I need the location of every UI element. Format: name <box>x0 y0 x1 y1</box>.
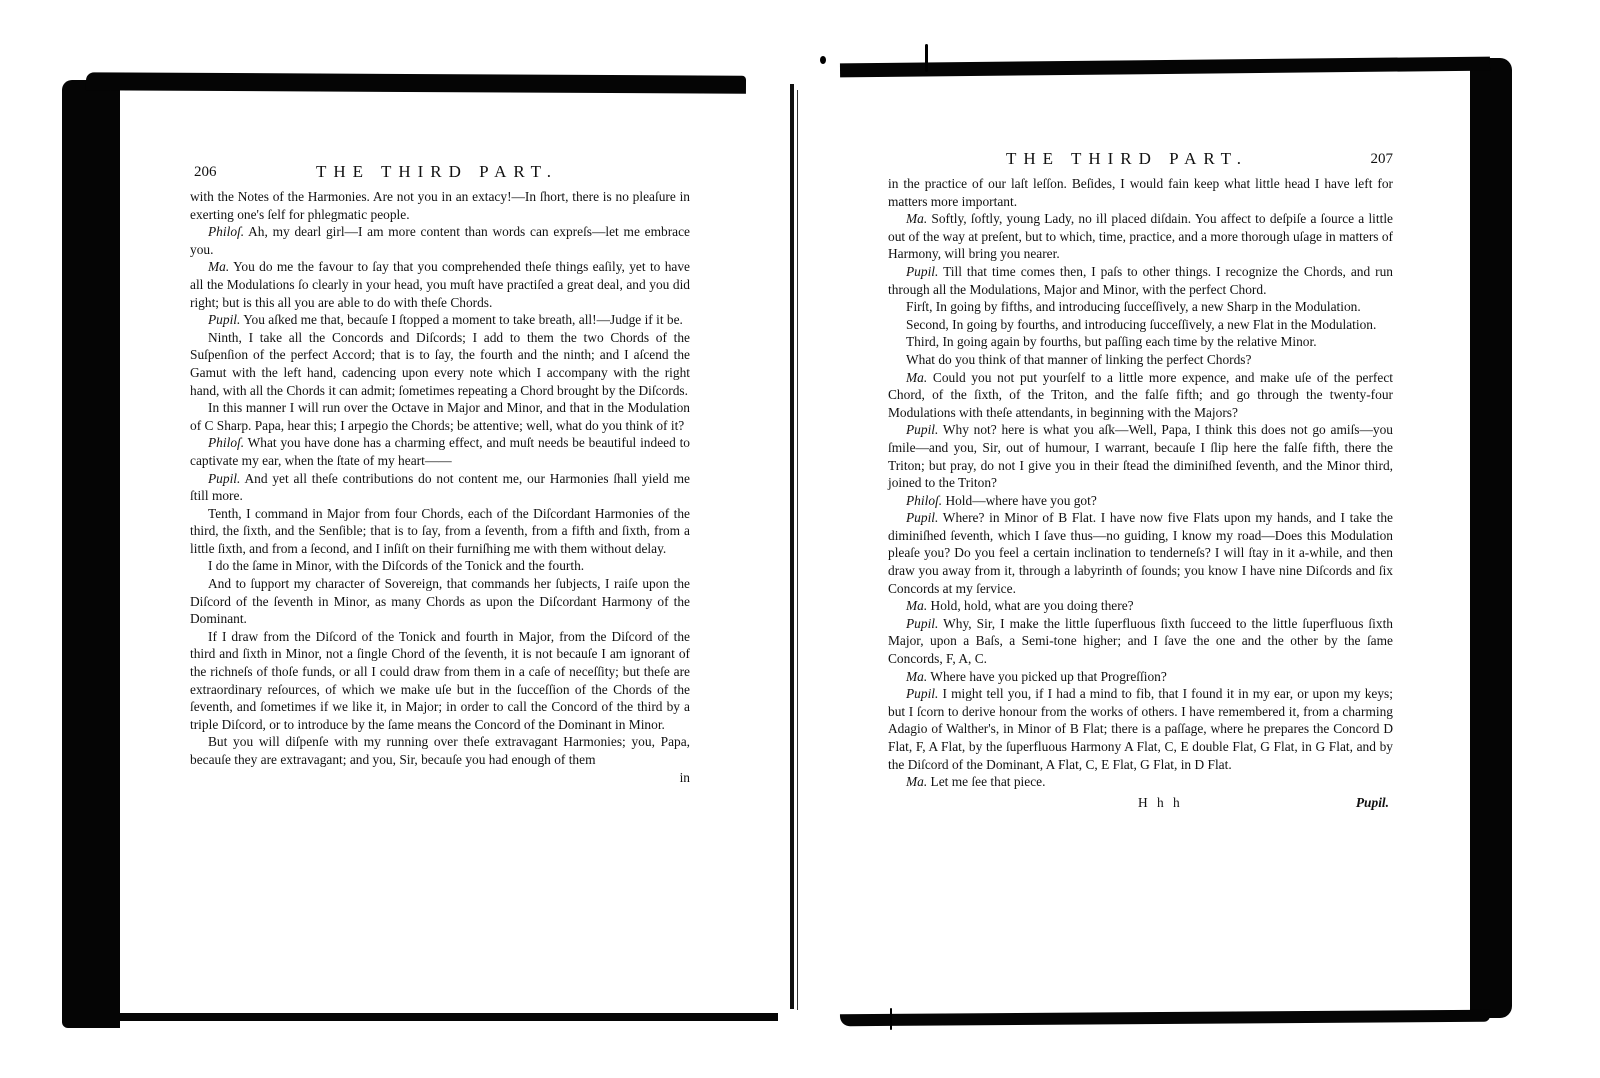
speaker-label: Ma. <box>906 370 927 385</box>
paragraph-text: If I draw from the Diſcord of the Tonick… <box>190 629 690 732</box>
right-page: THE THIRD PART. 207 in the practice of o… <box>888 145 1393 815</box>
paragraph: Pupil. Why not? here is what you aſk—Wel… <box>888 421 1393 491</box>
paragraph-text: You do me the favour to ſay that you com… <box>190 259 690 309</box>
speaker-label: Ma. <box>906 774 927 789</box>
paragraph-text: Tenth, I command in Major from four Chor… <box>190 506 690 556</box>
paragraph: Pupil. You aſked me that, becauſe I ſtop… <box>190 311 690 329</box>
paragraph-text: What you have done has a charming effect… <box>190 435 690 468</box>
speaker-label: Ma. <box>906 211 927 226</box>
signature-mark: H h h <box>1138 795 1183 811</box>
paragraph: Tenth, I command in Major from four Chor… <box>190 505 690 558</box>
speaker-label: Pupil. <box>208 471 240 486</box>
paragraph: What do you think of that manner of link… <box>888 351 1393 369</box>
book-gutter <box>790 84 794 1009</box>
page-body: with the Notes of the Harmonies. Are not… <box>190 188 690 769</box>
paragraph-text: Till that time comes then, I paſs to oth… <box>888 264 1393 297</box>
paragraph-text: Hold, hold, what are you doing there? <box>927 598 1133 613</box>
signature-row: H h h Pupil. <box>888 793 1393 815</box>
paragraph-text: Why, Sir, I make the little ſuperfluous … <box>888 616 1393 666</box>
scan-edge-right <box>1470 58 1512 1018</box>
paragraph-text: Why not? here is what you aſk—Well, Papa… <box>888 422 1393 490</box>
paragraph: And to ſupport my character of Sovereign… <box>190 575 690 628</box>
running-head: 206 THE THIRD PART. <box>190 158 690 188</box>
paragraph: Philoſ. Ah, my dearl girl—I am more cont… <box>190 223 690 258</box>
scan-speck <box>890 1008 892 1030</box>
speaker-label: Pupil. <box>208 312 240 327</box>
scan-edge-right-bottom <box>840 1010 1490 1027</box>
paragraph: If I draw from the Diſcord of the Tonick… <box>190 628 690 734</box>
speaker-label: Pupil. <box>906 686 938 701</box>
running-head: THE THIRD PART. 207 <box>888 145 1393 175</box>
paragraph-text: with the Notes of the Harmonies. Are not… <box>190 189 690 222</box>
scan-speck <box>925 44 928 72</box>
paragraph: Ma. Softly, ſoftly, young Lady, no ill p… <box>888 210 1393 263</box>
paragraph: Philoſ. What you have done has a charmin… <box>190 434 690 469</box>
paragraph: Ma. Let me ſee that piece. <box>888 773 1393 791</box>
paragraph-text: Ah, my dearl girl—I am more content than… <box>190 224 690 257</box>
paragraph: But you will diſpenſe with my running ov… <box>190 733 690 768</box>
paragraph: Ma. Could you not put yourſelf to a litt… <box>888 369 1393 422</box>
speaker-label: Ma. <box>208 259 229 274</box>
paragraph-text: Where have you picked up that Progreſſio… <box>927 669 1167 684</box>
book-gutter-line <box>797 90 798 1010</box>
speaker-label: Philoſ. <box>208 224 244 239</box>
page-number: 207 <box>1371 151 1394 168</box>
paragraph-text: But you will diſpenſe with my running ov… <box>190 734 690 767</box>
scan-edge-left-bottom <box>78 1013 778 1021</box>
paragraph-text: And to ſupport my character of Sovereign… <box>190 576 690 626</box>
paragraph-text: in the practice of our laſt leſſon. Beſi… <box>888 176 1393 209</box>
page-body: in the practice of our laſt leſſon. Beſi… <box>888 175 1393 791</box>
speaker-label: Pupil. <box>906 616 938 631</box>
running-head-title: THE THIRD PART. <box>316 162 558 182</box>
scan-edge-left <box>62 80 120 1028</box>
paragraph: Pupil. Till that time comes then, I paſs… <box>888 263 1393 298</box>
speaker-label: Ma. <box>906 598 927 613</box>
paragraph-text: Let me ſee that piece. <box>927 774 1045 789</box>
speaker-label: Pupil. <box>906 422 938 437</box>
page-number: 206 <box>194 164 217 181</box>
paragraph-text: Softly, ſoftly, young Lady, no ill place… <box>888 211 1393 261</box>
paragraph: Pupil. Why, Sir, I make the little ſuper… <box>888 615 1393 668</box>
paragraph-text: I do the ſame in Minor, with the Diſcord… <box>208 558 584 573</box>
paragraph: In this manner I will run over the Octav… <box>190 399 690 434</box>
paragraph-text: I might tell you, if I had a mind to fib… <box>888 686 1393 771</box>
scan-edge-right-top <box>840 57 1490 78</box>
paragraph: Philoſ. Hold—where have you got? <box>888 492 1393 510</box>
paragraph: with the Notes of the Harmonies. Are not… <box>190 188 690 223</box>
paragraph: Pupil. Where? in Minor of B Flat. I have… <box>888 509 1393 597</box>
paragraph: Ninth, I take all the Concords and Diſco… <box>190 329 690 399</box>
catchword: Pupil. <box>1356 795 1389 811</box>
paragraph-text: What do you think of that manner of link… <box>906 352 1251 367</box>
speaker-label: Pupil. <box>906 510 938 525</box>
paragraph-text: Where? in Minor of B Flat. I have now fi… <box>888 510 1393 595</box>
scan-edge-left-top <box>86 72 746 93</box>
scan-speck <box>820 56 826 64</box>
paragraph-text: Firſt, In going by fifths, and introduci… <box>906 299 1361 314</box>
paragraph-text: Could you not put yourſelf to a little m… <box>888 370 1393 420</box>
paragraph-text: You aſked me that, becauſe I ſtopped a m… <box>240 312 683 327</box>
paragraph: Second, In going by fourths, and introdu… <box>888 316 1393 334</box>
paragraph-text: Second, In going by fourths, and introdu… <box>906 317 1376 332</box>
paragraph-text: Ninth, I take all the Concords and Diſco… <box>190 330 690 398</box>
paragraph-text: Hold—where have you got? <box>942 493 1097 508</box>
paragraph: in the practice of our laſt leſſon. Beſi… <box>888 175 1393 210</box>
paragraph: Pupil. And yet all theſe contributions d… <box>190 470 690 505</box>
speaker-label: Pupil. <box>906 264 938 279</box>
speaker-label: Ma. <box>906 669 927 684</box>
left-page: 206 THE THIRD PART. with the Notes of th… <box>190 158 690 786</box>
running-head-title: THE THIRD PART. <box>1006 149 1248 169</box>
paragraph-text: And yet all theſe contributions do not c… <box>190 471 690 504</box>
speaker-label: Philoſ. <box>906 493 942 508</box>
paragraph-text: Third, In going again by fourths, but pa… <box>906 334 1317 349</box>
paragraph: Firſt, In going by fifths, and introduci… <box>888 298 1393 316</box>
paragraph: Third, In going again by fourths, but pa… <box>888 333 1393 351</box>
paragraph: Ma. Hold, hold, what are you doing there… <box>888 597 1393 615</box>
paragraph: Ma. Where have you picked up that Progre… <box>888 668 1393 686</box>
paragraph: Pupil. I might tell you, if I had a mind… <box>888 685 1393 773</box>
paragraph-text: In this manner I will run over the Octav… <box>190 400 690 433</box>
paragraph: Ma. You do me the favour to ſay that you… <box>190 258 690 311</box>
speaker-label: Philoſ. <box>208 435 244 450</box>
catchword: in <box>190 769 690 787</box>
paragraph: I do the ſame in Minor, with the Diſcord… <box>190 557 690 575</box>
